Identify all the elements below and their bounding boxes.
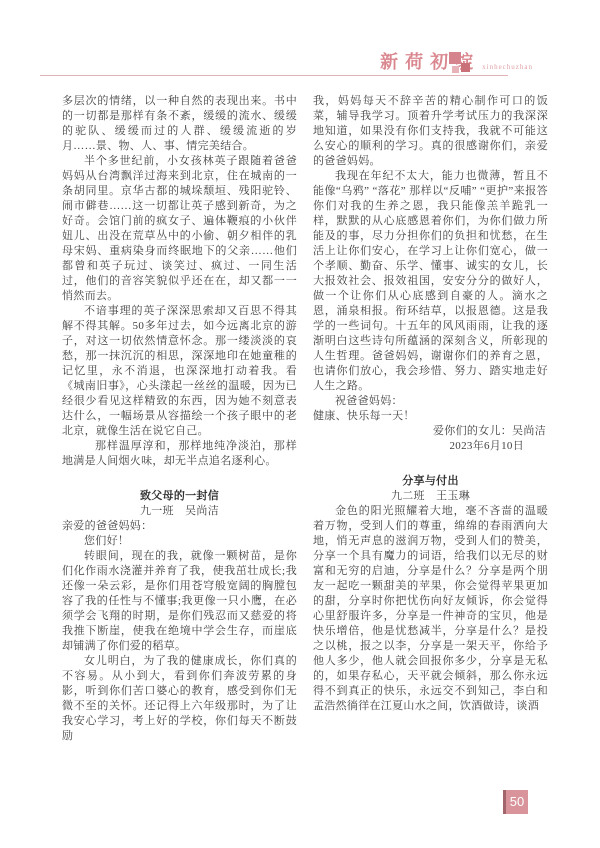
square-decoration: [449, 52, 461, 64]
letter-greeting: 您们好！: [62, 534, 297, 549]
page-header: 新荷初绽 xinhechuzhan: [0, 0, 600, 90]
letter-salutation: 亲爱的爸爸妈妈：: [62, 519, 297, 534]
intro-paragraph: 那样温厚淳和，那样地纯净淡泊，那样地满是人间烟火味，却无半点追名逐利心。: [62, 439, 297, 469]
letter-wish: 健康、快乐每一天！: [313, 409, 548, 424]
page-number-badge: 50: [503, 790, 528, 814]
intro-paragraph: 半个多世纪前，小女孩林英子跟随着爸爸妈妈从台湾飘洋过海来到北京，住在城南的一条胡…: [62, 154, 297, 304]
intro-paragraph: 不谙事理的英子深深思索却又百思不得其解不得其解。50多年过去，如今远离北京的游子…: [62, 304, 297, 439]
magazine-page: 新荷初绽 xinhechuzhan 多层次的情绪，以一种自然的表现出来。书中的一…: [0, 0, 600, 848]
left-column: 多层次的情绪，以一种自然的表现出来。书中的一切都是那样有条不紊，缓缓的流水、缓缓…: [62, 94, 297, 794]
article-byline: 九一班 吴尚洁: [62, 504, 297, 519]
letter-date: 2023年6月10日: [313, 439, 548, 454]
essay-title-block: 分享与付出 九二班 王玉琳: [313, 474, 548, 504]
article-byline: 九二班 王玉琳: [313, 489, 548, 504]
header-rule: [40, 75, 508, 76]
brand-pinyin: xinhechuzhan: [482, 63, 533, 74]
right-column: 我，妈妈每天不辞辛苦的精心制作可口的饭菜，辅导我学习。顶着升学考试压力的我深深地…: [313, 94, 548, 794]
letter-paragraph: 我现在年纪不太大，能力也微薄，暂且不能像“乌鸦” “落花” 那样以“反哺” “更…: [313, 169, 548, 394]
letter-paragraph: 我，妈妈每天不辞辛苦的精心制作可口的饭菜，辅导我学习。顶着升学考试压力的我深深地…: [313, 94, 548, 169]
square-decoration: [452, 66, 459, 73]
letter-wish-label: 祝爸爸妈妈：: [313, 394, 548, 409]
content-columns: 多层次的情绪，以一种自然的表现出来。书中的一切都是那样有条不紊，缓缓的流水、缓缓…: [62, 94, 549, 794]
letter-paragraph: 转眼间，现在的我，就像一颗树苗，是你们化作雨水浇灌并养育了我，使我茁壮成长;我还…: [62, 549, 297, 654]
brand-squares-icon: [446, 52, 470, 78]
article-title: 分享与付出: [313, 474, 548, 489]
intro-paragraph: 多层次的情绪，以一种自然的表现出来。书中的一切都是那样有条不紊，缓缓的流水、缓缓…: [62, 94, 297, 154]
letter-paragraph: 女儿明白，为了我的健康成长，你们真的不容易。从小到大，看到你们奔波劳累的身影，听…: [62, 654, 297, 744]
letter-signature: 爱你们的女儿：吴尚洁: [313, 424, 548, 439]
article-title: 致父母的一封信: [62, 489, 297, 504]
essay-paragraph: 金色的阳光照耀着大地，毫不吝啬的温暖着万物，受到人们的尊重，绵绵的春雨洒向大地，…: [313, 504, 548, 714]
square-decoration: [461, 63, 470, 72]
letter-title-block: 致父母的一封信 九一班 吴尚洁: [62, 489, 297, 519]
